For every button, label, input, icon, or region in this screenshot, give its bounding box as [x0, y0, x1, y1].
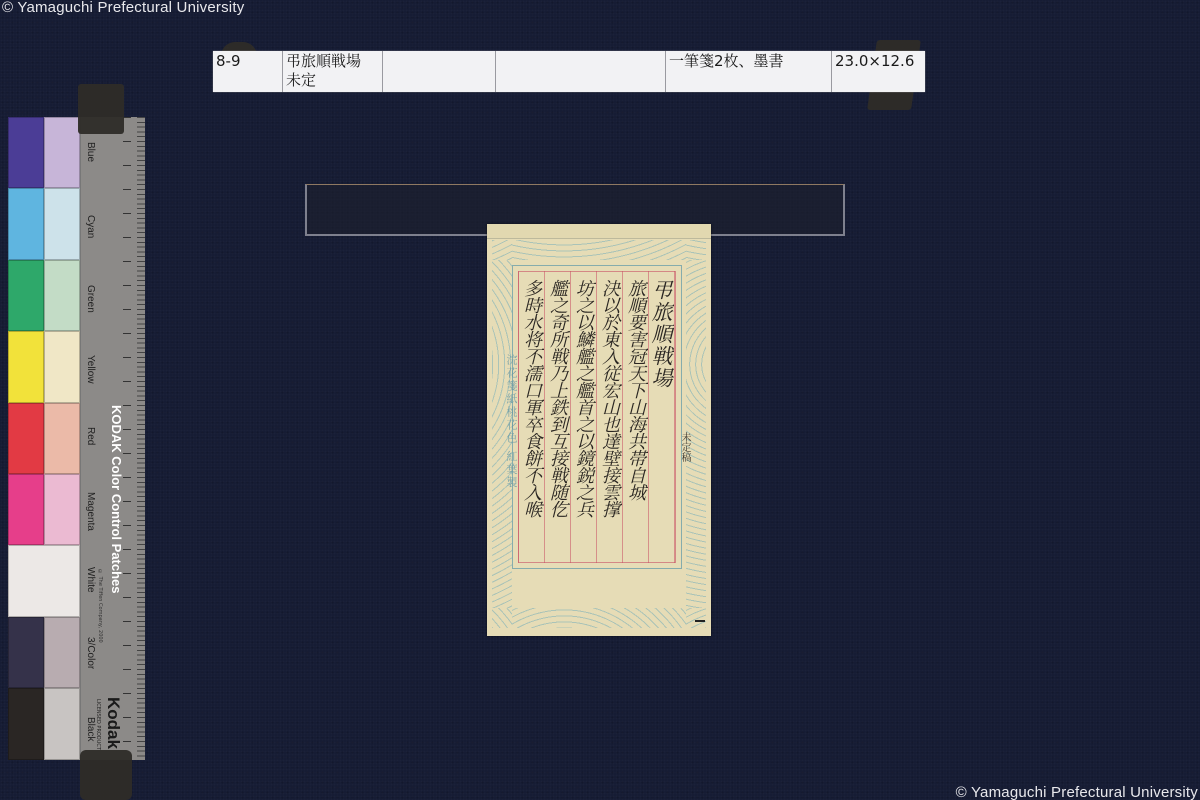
patch-green-light: [44, 260, 80, 331]
patch-label-3color: 3/Color: [85, 637, 96, 669]
tape-ruler-top: [78, 84, 124, 134]
patch-label-red: Red: [85, 427, 96, 445]
patch-yellow-dark: [8, 331, 44, 402]
patch-red-light: [44, 403, 80, 474]
letter-paper: 浣花箋紙桃花色 紅葉製 弔旅順戦場 旅順要害冠天下山海共帯自城 決以於東入従宏山…: [487, 224, 711, 636]
kodak-logo: Kodak: [103, 697, 123, 749]
patch-label-cyan: Cyan: [85, 215, 96, 238]
patch-magenta-light: [44, 474, 80, 545]
patch-magenta-dark: [8, 474, 44, 545]
label-format: 一筆箋2枚、墨書: [666, 51, 832, 92]
paper-top-band: [487, 224, 711, 239]
patch-blue-light: [44, 117, 80, 188]
kodak-licensed: LICENSED PRODUCT: [95, 699, 101, 750]
label-title: 弔旅順戦場 未定: [283, 51, 383, 92]
paper-maker-mark: 浣花箋紙桃花色 紅葉製: [503, 354, 519, 490]
patch-black-dark: [8, 688, 44, 759]
color-patches: [8, 117, 80, 760]
label-blank-1: [383, 51, 496, 92]
ruler-major-ticks: [123, 117, 131, 760]
patch-white: [8, 545, 80, 616]
patch-cyan-dark: [8, 188, 44, 259]
patch-label-blue: Blue: [85, 142, 96, 162]
label-blank-2: [496, 51, 666, 92]
patch-3color-light: [44, 617, 80, 688]
tape-ruler-bottom: [80, 750, 132, 800]
patch-red-dark: [8, 403, 44, 474]
kodak-brand-text: KODAK Color Control Patches: [109, 405, 124, 594]
letter-text-columns: 弔旅順戦場 旅順要害冠天下山海共帯自城 決以於東入従宏山也達壁接雲撑 坊之以鱗艦…: [518, 279, 674, 559]
ink-mark: [695, 620, 705, 622]
patch-black-light: [44, 688, 80, 759]
patch-blue-dark: [8, 117, 44, 188]
kodak-ruler: KODAK Color Control Patches © The Tiffen…: [80, 117, 145, 760]
letter-column-4: 艦之奇所戦乃上鉄到互接戦随仡: [544, 279, 570, 559]
letter-column-1: 旅順要害冠天下山海共帯自城: [622, 279, 648, 559]
copyright-watermark-bottom: © Yamaguchi Prefectural University: [956, 784, 1198, 800]
patch-3color-dark: [8, 617, 44, 688]
catalog-label: 8-9 弔旅順戦場 未定 一筆箋2枚、墨書 23.0×12.6: [213, 51, 925, 92]
letter-column-5: 多時水将不濡口軍卒食餅不入喉: [518, 279, 544, 559]
letter-column-2: 決以於東入従宏山也達壁接雲撑: [596, 279, 622, 559]
copyright-watermark-top: © Yamaguchi Prefectural University: [2, 0, 244, 16]
letter-signature: 未定稿: [677, 432, 692, 462]
label-size: 23.0×12.6: [832, 51, 925, 92]
patch-label-yellow: Yellow: [85, 355, 96, 384]
patch-yellow-light: [44, 331, 80, 402]
patch-label-green: Green: [85, 285, 96, 313]
letter-column-3: 坊之以鱗艦之艦首之以鏡鋭之兵: [570, 279, 596, 559]
patch-label-magenta: Magenta: [85, 492, 96, 531]
letter-title: 弔旅順戦場: [648, 279, 674, 559]
patch-green-dark: [8, 260, 44, 331]
patch-cyan-light: [44, 188, 80, 259]
kodak-copyright: © The Tiffen Company, 2000: [97, 569, 103, 643]
patch-label-white: White: [85, 567, 96, 593]
label-number: 8-9: [213, 51, 283, 92]
